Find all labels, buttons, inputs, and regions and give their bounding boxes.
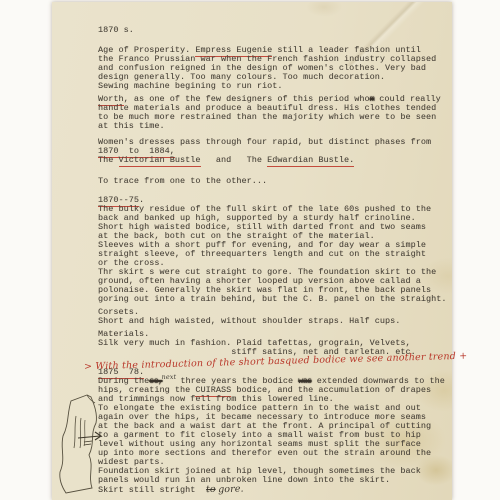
scan-background: 1870 s.Age of Prosperity. Empress Eugeni… [0,0,500,500]
para-corsets: Corsets.Short and high waisted, without … [98,308,448,326]
text-line: Short and high waisted, without shoulder… [98,317,448,326]
para-worth: Worth, as one of the few designers of th… [98,95,448,131]
para-1875-78: 1875 78.During these,next three years th… [98,368,448,495]
typewritten-text: 1870 s.Age of Prosperity. Empress Eugeni… [98,26,448,495]
text-line: Skirt still stright to gore. [98,485,448,495]
text-line: The Victorian Bustle and The Edwardian B… [98,156,448,165]
heading: 1870 s. [98,26,448,35]
text-line: panels would run in an unbroken line dow… [98,476,448,485]
text-line: > With the introduction of the short bas… [84,357,448,367]
para-trace: To trace from one to the other... [98,177,448,186]
para-1870-75: 1870--75.The bulky residue of the full s… [98,196,448,304]
para-age-of-prosperity: Age of Prosperity. Empress Eugenie still… [98,46,448,91]
text-line: goring out into a train behind, but the … [98,295,448,304]
para-four-phases: Women's dresses pass through four rapid,… [98,138,448,165]
handwritten-red-note: > With the introduction of the short bas… [84,357,448,368]
document-page: 1870 s.Age of Prosperity. Empress Eugeni… [52,2,452,500]
text-line: 1870 s. [98,26,448,35]
text-line: To trace from one to the other... [98,177,448,186]
text-line: Sewing machine begining to run riot. [98,82,448,91]
text-line: at this time. [98,122,448,131]
